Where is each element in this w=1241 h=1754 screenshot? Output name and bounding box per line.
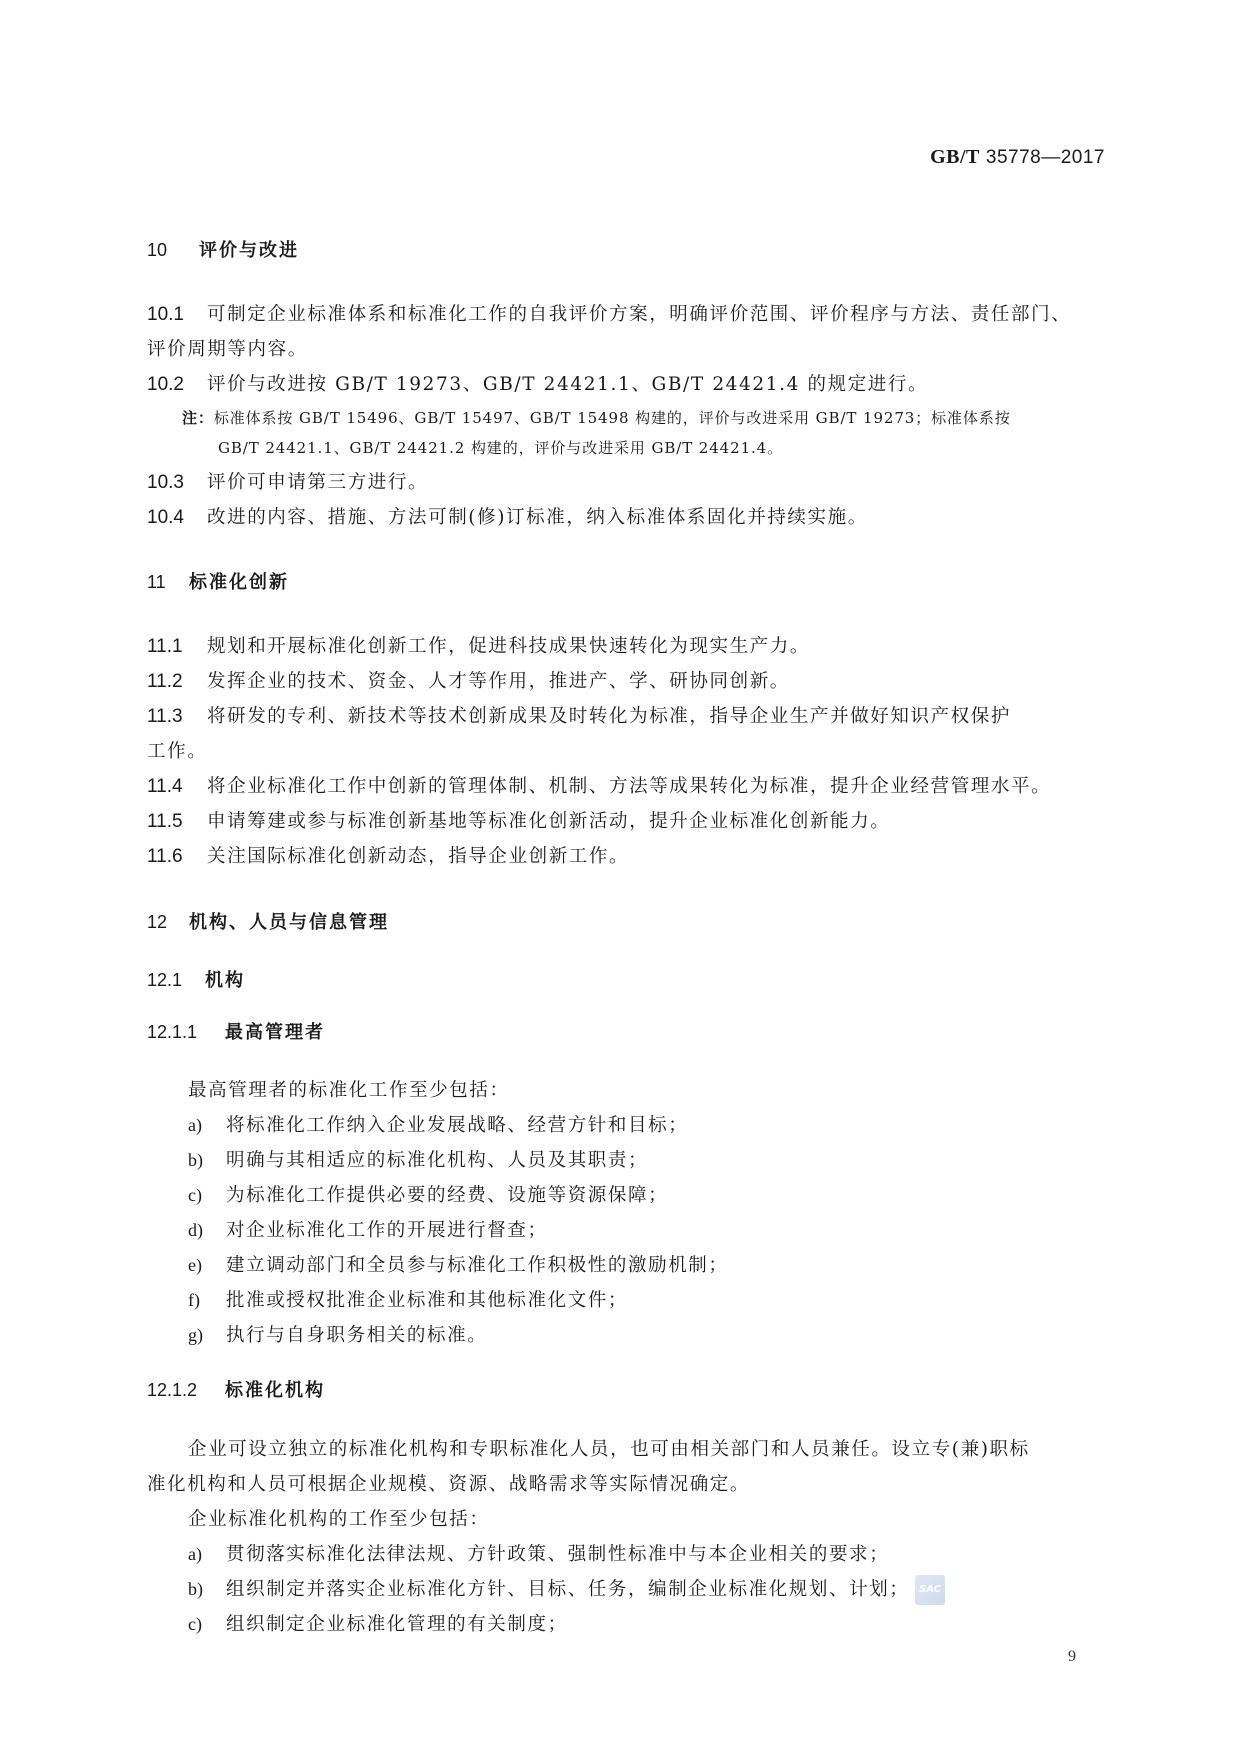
item-text: 组织制定并落实企业标准化方针、目标、任务，编制企业标准化规划、计划； — [226, 1579, 909, 1600]
section-number: 12 — [147, 910, 189, 934]
clause-number: 11.6 — [147, 845, 207, 869]
section-10-heading: 10评价与改进 — [147, 238, 299, 263]
clause-text: 发挥企业的技术、资金、人才等作用，推进产、学、研协同创新。 — [207, 671, 790, 692]
list-item: d)对企业标准化工作的开展进行督查； — [188, 1218, 548, 1243]
note-line-1: 注：标准体系按 GB/T 15496、GB/T 15497、GB/T 15498… — [182, 406, 1011, 430]
item-text: 为标准化工作提供必要的经费、设施等资源保障； — [226, 1185, 668, 1206]
note-text: 标准体系按 GB/T 15496、GB/T 15497、GB/T 15498 构… — [214, 409, 1011, 427]
item-label: d) — [188, 1218, 226, 1242]
section-11-heading: 11标准化创新 — [147, 570, 289, 595]
clause-10-2: 10.2评价与改进按 GB/T 19273、GB/T 24421.1、GB/T … — [147, 372, 928, 397]
section-number: 10 — [147, 238, 199, 262]
item-label: a) — [188, 1542, 226, 1566]
section-12-1-1-heading: 12.1.1最高管理者 — [147, 1020, 325, 1045]
section-title: 机构、人员与信息管理 — [189, 912, 389, 933]
clause-number: 11.4 — [147, 775, 207, 799]
paragraph-text: 准化机构和人员可根据企业规模、资源、战略需求等实际情况确定。 — [147, 1474, 750, 1495]
clause-number: 11.3 — [147, 705, 207, 729]
clause-text: 规划和开展标准化创新工作，促进科技成果快速转化为现实生产力。 — [207, 636, 810, 657]
item-label: g) — [188, 1323, 226, 1347]
paragraph-text: 企业可设立独立的标准化机构和专职标准化人员，也可由相关部门和人员兼任。设立专(兼… — [188, 1439, 1030, 1460]
clause-number: 10.1 — [147, 303, 207, 327]
sac-watermark-icon: SAC — [915, 1575, 945, 1605]
section-number: 12.1.1 — [147, 1020, 225, 1044]
item-text: 将标准化工作纳入企业发展战略、经营方针和目标； — [226, 1115, 688, 1136]
list-item: f)批准或授权批准企业标准和其他标准化文件； — [188, 1288, 628, 1313]
item-label: b) — [188, 1148, 226, 1172]
section-title: 最高管理者 — [225, 1022, 325, 1043]
standard-number: 35778—2017 — [986, 147, 1105, 168]
item-label: e) — [188, 1253, 226, 1277]
standard-header: GB/T35778—2017 — [930, 146, 1105, 169]
list-item: c)为标准化工作提供必要的经费、设施等资源保障； — [188, 1183, 668, 1208]
item-label: c) — [188, 1612, 226, 1636]
clause-number: 11.1 — [147, 635, 207, 659]
list-item: a)贯彻落实标准化法律法规、方针政策、强制性标准中与本企业相关的要求； — [188, 1542, 889, 1567]
clause-11-3: 11.3将研发的专利、新技术等技术创新成果及时转化为标准，指导企业生产并做好知识… — [147, 704, 1011, 729]
page-number: 9 — [1068, 1648, 1076, 1666]
item-text: 执行与自身职务相关的标准。 — [226, 1325, 487, 1346]
item-text: 贯彻落实标准化法律法规、方针政策、强制性标准中与本企业相关的要求； — [226, 1544, 889, 1565]
item-label: f) — [188, 1288, 226, 1312]
section-title: 标准化创新 — [189, 572, 289, 593]
clause-number: 11.2 — [147, 670, 207, 694]
list-item: e)建立调动部门和全员参与标准化工作积极性的激励机制； — [188, 1253, 729, 1278]
clause-11-4: 11.4将企业标准化工作中创新的管理体制、机制、方法等成果转化为标准，提升企业经… — [147, 774, 1051, 799]
section-number: 12.1.2 — [147, 1378, 225, 1402]
clause-text: 将研发的专利、新技术等技术创新成果及时转化为标准，指导企业生产并做好知识产权保护 — [207, 706, 1011, 727]
document-page: GB/T35778—2017 10评价与改进 10.1可制定企业标准体系和标准化… — [0, 0, 1241, 1754]
clause-text: 申请筹建或参与标准创新基地等标准化创新活动，提升企业标准化创新能力。 — [207, 811, 890, 832]
section-title: 标准化机构 — [225, 1380, 325, 1401]
clause-10-1-continued: 评价周期等内容。 — [147, 337, 308, 362]
clause-text: 评价可申请第三方进行。 — [207, 472, 428, 493]
clause-10-1: 10.1可制定企业标准体系和标准化工作的自我评价方案，明确评价范围、评价程序与方… — [147, 302, 1071, 327]
section-number: 12.1 — [147, 968, 205, 992]
clause-text: 评价与改进按 GB/T 19273、GB/T 24421.1、GB/T 2442… — [207, 374, 928, 395]
section-title: 机构 — [205, 970, 245, 991]
org-paragraph-line-1: 企业可设立独立的标准化机构和专职标准化人员，也可由相关部门和人员兼任。设立专(兼… — [188, 1437, 1030, 1462]
item-text: 明确与其相适应的标准化机构、人员及其职责； — [226, 1150, 648, 1171]
standard-prefix: GB/T — [930, 146, 980, 168]
clause-11-3-continued: 工作。 — [147, 739, 207, 764]
clause-text: 可制定企业标准体系和标准化工作的自我评价方案，明确评价范围、评价程序与方法、责任… — [207, 304, 1071, 325]
top-management-intro: 最高管理者的标准化工作至少包括： — [188, 1078, 510, 1103]
item-text: 批准或授权批准企业标准和其他标准化文件； — [226, 1290, 628, 1311]
clause-number: 10.2 — [147, 373, 207, 397]
note-label: 注： — [182, 409, 214, 427]
clause-11-1: 11.1规划和开展标准化创新工作，促进科技成果快速转化为现实生产力。 — [147, 634, 810, 659]
list-item: b)明确与其相适应的标准化机构、人员及其职责； — [188, 1148, 648, 1173]
clause-10-4: 10.4改进的内容、措施、方法可制(修)订标准，纳入标准体系固化并持续实施。 — [147, 505, 868, 530]
section-number: 11 — [147, 570, 189, 594]
list-item: a)将标准化工作纳入企业发展战略、经营方针和目标； — [188, 1113, 688, 1138]
clause-text: 将企业标准化工作中创新的管理体制、机制、方法等成果转化为标准，提升企业经营管理水… — [207, 776, 1051, 797]
item-text: 建立调动部门和全员参与标准化工作积极性的激励机制； — [226, 1255, 729, 1276]
org-intro: 企业标准化机构的工作至少包括： — [188, 1507, 490, 1532]
clause-number: 11.5 — [147, 810, 207, 834]
section-12-1-heading: 12.1机构 — [147, 968, 245, 993]
list-item: g)执行与自身职务相关的标准。 — [188, 1323, 487, 1348]
item-label: a) — [188, 1113, 226, 1137]
intro-text: 企业标准化机构的工作至少包括： — [188, 1509, 490, 1530]
intro-text: 最高管理者的标准化工作至少包括： — [188, 1080, 510, 1101]
item-label: c) — [188, 1183, 226, 1207]
item-label: b) — [188, 1577, 226, 1601]
section-title: 评价与改进 — [199, 240, 299, 261]
clause-text: 工作。 — [147, 741, 207, 762]
clause-number: 10.4 — [147, 506, 207, 530]
org-paragraph-line-2: 准化机构和人员可根据企业规模、资源、战略需求等实际情况确定。 — [147, 1472, 750, 1497]
clause-text: 评价周期等内容。 — [147, 339, 308, 360]
clause-text: 关注国际标准化创新动态，指导企业创新工作。 — [207, 846, 629, 867]
item-text: 组织制定企业标准化管理的有关制度； — [226, 1614, 568, 1635]
list-item: b)组织制定并落实企业标准化方针、目标、任务，编制企业标准化规划、计划； — [188, 1577, 909, 1602]
clause-10-3: 10.3评价可申请第三方进行。 — [147, 470, 428, 495]
clause-number: 10.3 — [147, 471, 207, 495]
section-12-1-2-heading: 12.1.2标准化机构 — [147, 1378, 325, 1403]
clause-text: 改进的内容、措施、方法可制(修)订标准，纳入标准体系固化并持续实施。 — [207, 507, 868, 528]
section-12-heading: 12机构、人员与信息管理 — [147, 910, 389, 935]
item-text: 对企业标准化工作的开展进行督查； — [226, 1220, 548, 1241]
clause-11-5: 11.5申请筹建或参与标准创新基地等标准化创新活动，提升企业标准化创新能力。 — [147, 809, 890, 834]
note-text: GB/T 24421.1、GB/T 24421.2 构建的，评价与改进采用 GB… — [218, 439, 783, 457]
note-line-2: GB/T 24421.1、GB/T 24421.2 构建的，评价与改进采用 GB… — [218, 436, 783, 460]
list-item: c)组织制定企业标准化管理的有关制度； — [188, 1612, 568, 1637]
clause-11-2: 11.2发挥企业的技术、资金、人才等作用，推进产、学、研协同创新。 — [147, 669, 790, 694]
clause-11-6: 11.6关注国际标准化创新动态，指导企业创新工作。 — [147, 844, 629, 869]
